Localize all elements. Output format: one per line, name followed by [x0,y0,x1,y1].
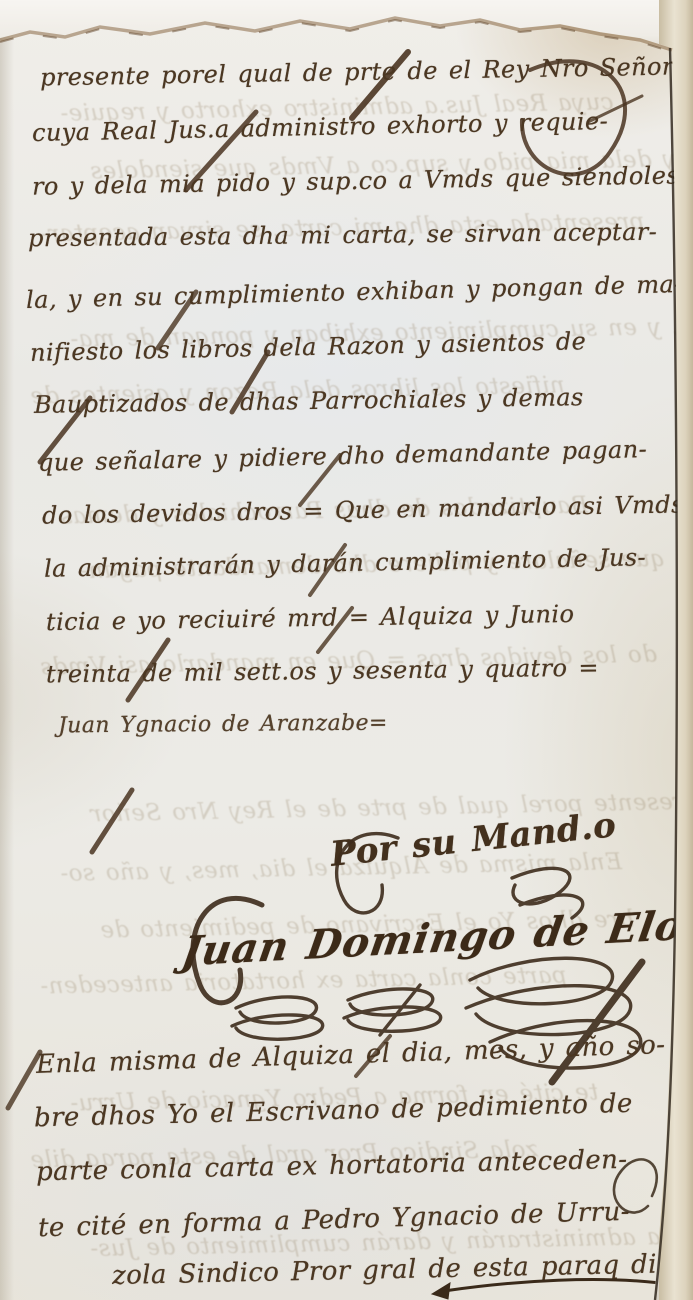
manuscript-scan: cuya Real Jus.a administro exhorto y req… [0,0,693,1300]
manuscript-line: do los devidos dros = Que en mandarlo as… [42,490,684,529]
manuscript-line: ticia e yo reciuiré mrd = Alquiza y Juni… [46,600,575,636]
manuscript-line: la administrarán y darán cumplimiento de… [44,543,647,583]
manuscript-line: treinta de mil sett.os y sesenta y quatr… [46,654,599,689]
attestation-signature: Juan Ygnacio de Aranzabe= [58,711,388,739]
manuscript-line: Enla misma de Alquiza el dia, mes, y año… [36,1030,666,1080]
left-edge-shadow [0,0,14,1300]
manuscript-line: presentada esta dha mi carta, se sirvan … [28,218,658,253]
manuscript-line: que señalare y pidiere dho demandante pa… [38,435,648,477]
manuscript-line: presente porel qual de prte de el Rey Nr… [40,52,674,91]
manuscript-line: la, y en su cumplimiento exhiban y ponga… [26,270,683,314]
manuscript-page: cuya Real Jus.a administro exhorto y req… [0,0,693,1300]
